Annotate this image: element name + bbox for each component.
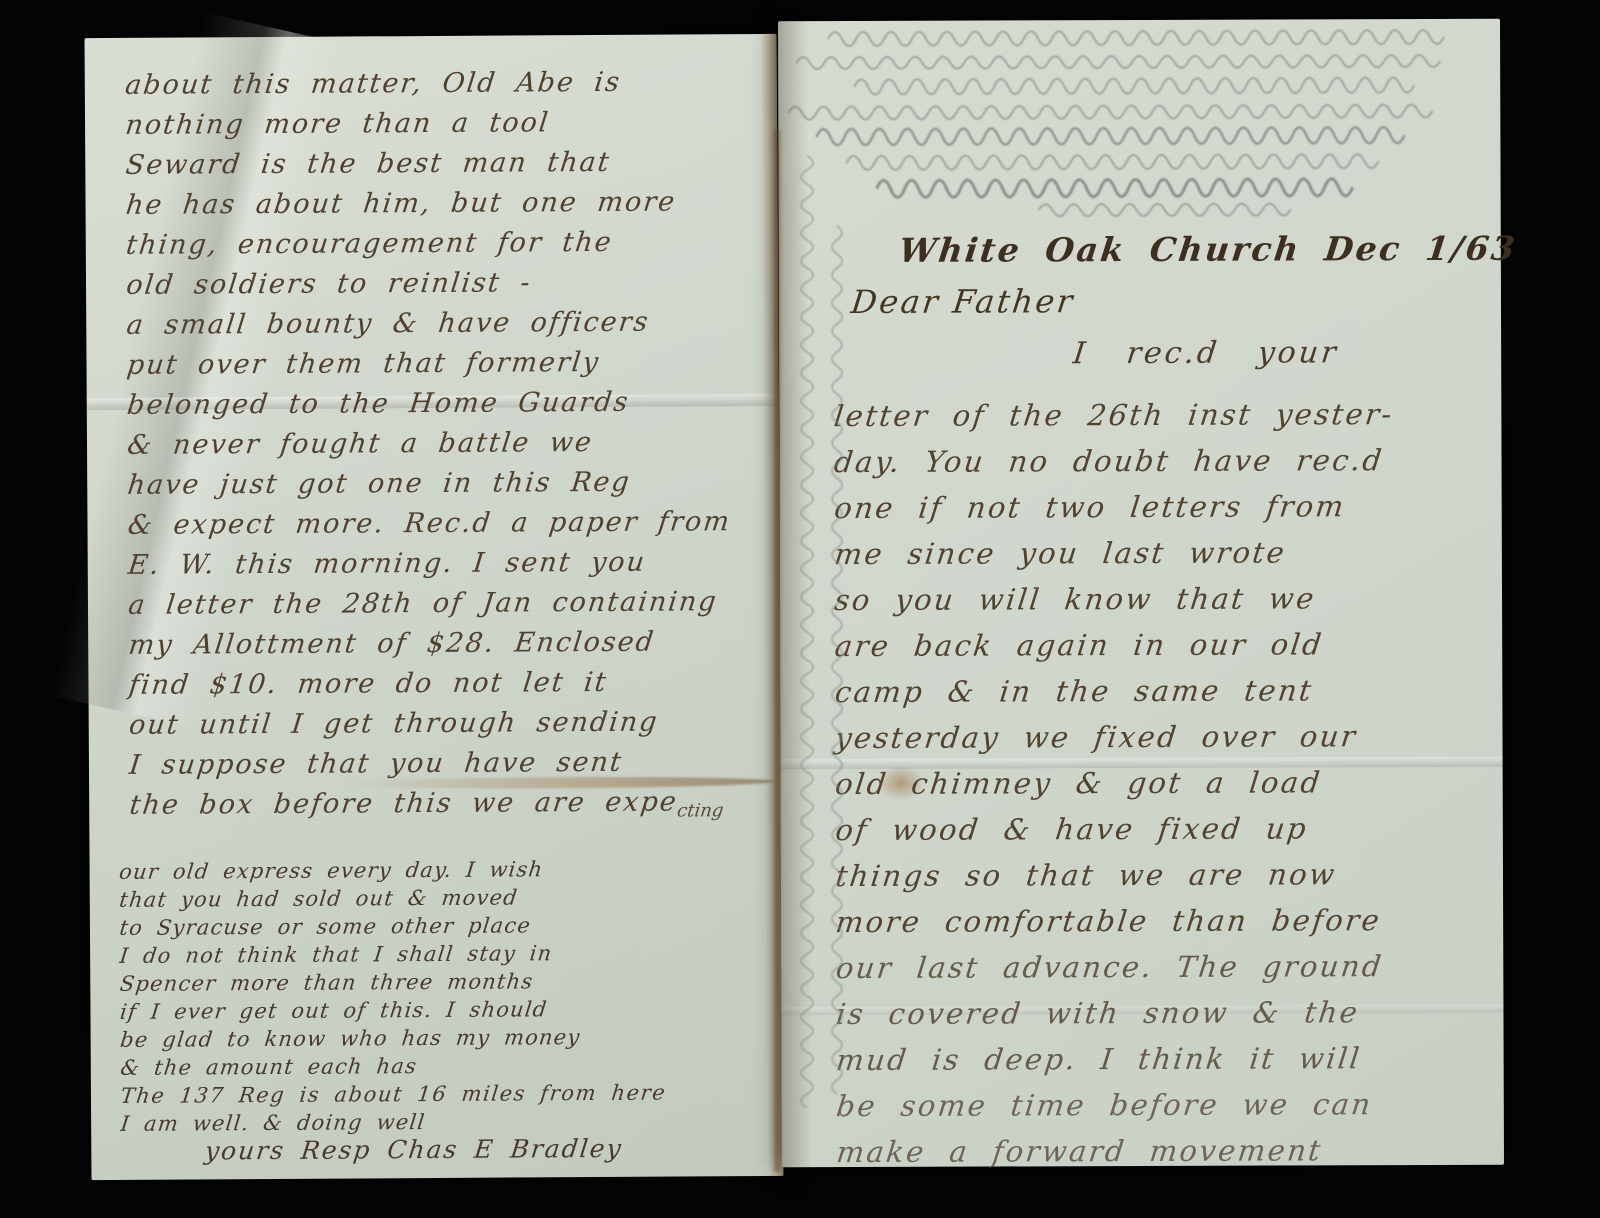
carryover-word: cting [676,800,725,821]
letter-line: make a forward movement [834,1127,1505,1175]
letter-salutation: Dear Father [849,282,1077,321]
letter-line: letter of the 26th inst yester- [831,391,1502,439]
letter-line: out until I get through sending [127,702,782,746]
letter-line: our old express every day. I wish [118,854,783,886]
letter-line: camp & in the same tent [832,667,1503,715]
letter-line: nothing more than a tool [123,102,778,146]
letter-line: I am well. & doing well [119,1106,784,1138]
letter-line: our last advance. The ground [833,943,1504,991]
letter-line: day. You no doubt have rec.d [832,437,1503,485]
letter-line: things so that we are now [833,851,1504,899]
letter-line: old soldiers to reinlist - [124,262,779,306]
letter-line: my Allottment of $28. Enclosed [126,622,781,666]
letter-scan: about this matter, Old Abe isnothing mor… [0,0,1600,1218]
letter-line: The 137 Reg is about 16 miles from here [119,1078,784,1110]
letter-line: I do not think that I shall stay in [118,938,783,970]
left-page-text-lower: our old express every day. I wishthat yo… [118,854,782,1166]
letter-line: E. W. this morning. I sent you [126,542,781,586]
letter-opening: I rec.d your [1071,335,1340,371]
letter-line: me since you last wrote [832,529,1503,577]
letter-line: about this matter, Old Abe is [123,62,778,106]
letter-line: yesterday we fixed over our [833,713,1504,761]
letter-line: is covered with snow & the [834,989,1505,1037]
letter-line: mud is deep. I think it will [834,1035,1505,1083]
right-page-text: letter of the 26th inst yester-day. You … [831,391,1500,1175]
letter-line: & the amount each has [119,1050,784,1082]
letter-line: of wood & have fixed up [833,805,1504,853]
letter-line: & never fought a battle we [125,422,780,466]
letter-line: & expect more. Rec.d a paper from [126,502,781,546]
letter-line: a small bounty & have officers [124,302,779,346]
letter-line: if I ever get out of this. I should [119,994,784,1026]
letter-line: that you had sold out & moved [118,882,783,914]
letter-line: he has about him, but one more [124,182,779,226]
letter-heading: White Oak Church Dec 1/63 [897,229,1519,270]
letter-line: be some time before we can [834,1081,1505,1129]
inverted-pencil-scribble [788,21,1489,223]
letter-line: so you will know that we [832,575,1503,623]
letter-line: I suppose that you have sent [127,742,782,786]
letter-page-left: about this matter, Old Abe isnothing mor… [85,34,784,1180]
letter-line: to Syracuse or some other place [118,910,783,942]
letter-line: Spencer more than three months [118,966,783,998]
letter-line: a letter the 28th of Jan containing [126,582,781,626]
letter-page-right: White Oak Church Dec 1/63 Dear Father I … [778,19,1504,1168]
fold-pencil-scribble [782,128,858,1108]
letter-line: one if not two letters from [832,483,1503,531]
letter-line: more comfortable than before [833,897,1504,945]
letter-line: Seward is the best man that [123,142,778,186]
center-fold-line [772,130,782,1172]
letter-line: have just got one in this Reg [125,462,780,506]
letter-line: find $10. more do not let it [127,662,782,706]
letter-line: belonged to the Home Guards [125,382,780,426]
letter-line: be glad to know who has my money [119,1022,784,1054]
letter-line: are back again in our old [832,621,1503,669]
letter-line: old chimney & got a load [833,759,1504,807]
left-page-text-upper: about this matter, Old Abe isnothing mor… [123,62,778,826]
letter-line: put over them that formerly [125,342,780,386]
letter-line: yours Resp Chas E Bradley [119,1134,784,1166]
letter-line: thing, encouragement for the [124,222,779,266]
